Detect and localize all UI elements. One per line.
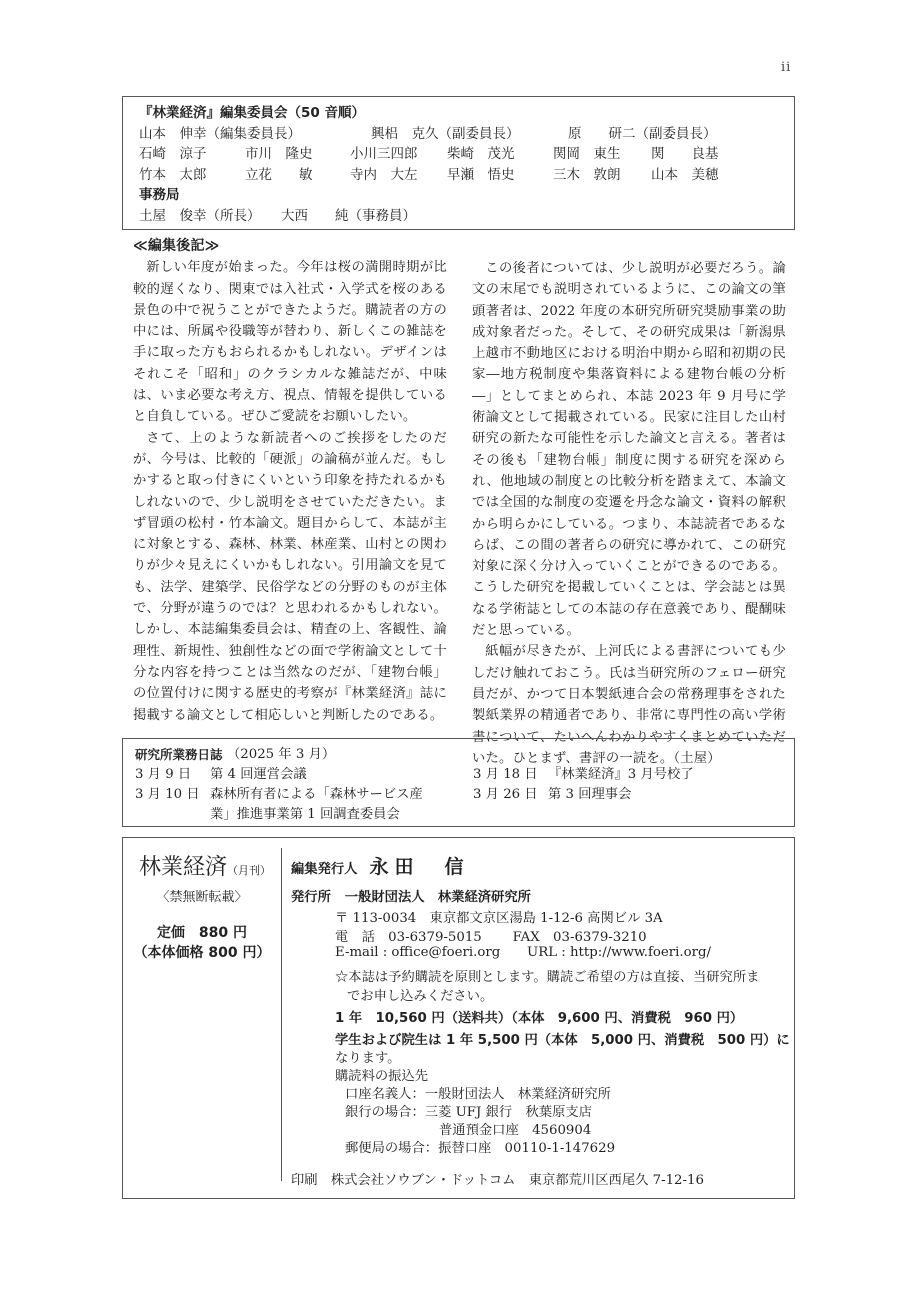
postscript-heading: ≪編集後記≫: [133, 236, 447, 257]
log-date: 3 月 9 日: [135, 765, 191, 785]
journal-log-row: 3 月 10 日 森林所有者による「森林サービス産 3 月 26 日 第 3 回…: [135, 785, 794, 805]
postscript-paragraph: さて、上のような新読者へのご挨拶をしたのだが、今号は、比較的「硬派」の論稿が並ん…: [133, 428, 447, 726]
committee-member: 山本 伸幸（編集委員長）: [139, 124, 301, 145]
printer: 印刷 株式会社ソウブン・ドットコム 東京都荒川区西尾久 7-12-16: [291, 1169, 704, 1188]
magazine-title: 林業経済: [139, 855, 227, 880]
postscript-paragraph: 新しい年度が始まった。今年は桜の満開時期が比較的遅くなり、関東では入社式・入学式…: [133, 257, 447, 427]
office-member: 大西 純（事務員）: [281, 206, 416, 227]
magazine-frequency: （月刊）: [227, 864, 271, 877]
phone-fax: 電 話 03-6379-5015 FAX 03-6379-3210: [335, 926, 647, 945]
log-date: 3 月 10 日: [135, 785, 200, 805]
transfer-title: 購読料の振込先: [335, 1065, 428, 1084]
post-office: 郵便局の場合：振替口座 00110-1-147629: [345, 1137, 615, 1156]
annual-price: 1 年 10,560 円（送料共）（本体 9,600 円、消費税 960 円）: [335, 1007, 743, 1026]
editor-label: 編集発行人: [291, 862, 357, 877]
postscript-right-column: この後者については、少し説明が必要だろう。論文の末尾でも説明されているように、こ…: [472, 258, 786, 769]
account-holder: 口座名義人：一般財団法人 林業経済研究所: [345, 1083, 611, 1102]
bank-account: 普通預金口座 4560904: [439, 1119, 591, 1138]
subscription-note-cont: でお申し込みください。: [347, 985, 493, 1004]
colophon-divider: [281, 848, 282, 1181]
committee-member: 関岡 東生: [553, 144, 621, 165]
publisher-line: 発行所 一般財団法人 林業経済研究所: [291, 886, 531, 905]
page-number: ii: [781, 60, 791, 75]
committee-member: 石崎 涼子: [139, 144, 207, 165]
committee-member: 興梠 克久（副委員長）: [371, 124, 520, 145]
committee-member: 市川 隆史: [245, 144, 313, 165]
committee-member: 関 良基: [651, 144, 719, 165]
committee-title-row: 『林業経済』編集委員会（50 音順）: [139, 103, 794, 124]
committee-member: 小川三四郎: [350, 144, 418, 165]
student-price: 学生および院生は 1 年 5,500 円（本体 5,000 円、消費税 500 …: [335, 1029, 790, 1048]
magazine-title-block: 林業経済（月刊）: [139, 850, 271, 881]
journal-log-header: 研究所業務日誌 （2025 年 3 月）: [135, 745, 794, 765]
committee-member: 柴崎 茂光: [447, 144, 515, 165]
log-text: 第 3 回理事会: [548, 785, 631, 805]
student-price-cont: なります。: [335, 1047, 400, 1066]
journal-log-row: 3 月 9 日 第 4 回運営会議 3 月 18 日 『林業経済』3 月号校了: [135, 765, 794, 785]
colophon-box: 林業経済（月刊） 〈禁無断転載〉 定価 880 円 （本体価格 800 円） 編…: [122, 837, 795, 1199]
committee-title: 『林業経済』編集委員会（50 音順）: [139, 103, 365, 124]
committee-member: 原 研二（副委員長）: [568, 124, 717, 145]
publisher-name: 一般財団法人 林業経済研究所: [345, 890, 531, 905]
office-title-row: 事務局: [139, 185, 794, 206]
committee-row: 石崎 涼子 市川 隆史 小川三四郎 柴崎 茂光 関岡 東生 関 良基: [139, 144, 794, 165]
committee-row: 竹本 太郎 立花 敏 寺内 大左 早瀬 悟史 三木 敦朗 山本 美穂: [139, 165, 794, 186]
committee-member: 寺内 大左: [350, 165, 418, 186]
no-reprint-notice: 〈禁無断転載〉: [123, 886, 281, 905]
committee-row: 山本 伸幸（編集委員長） 興梠 克久（副委員長） 原 研二（副委員長）: [139, 124, 794, 145]
journal-log-row: 業」推進事業第 1 回調査委員会: [135, 805, 794, 825]
log-text: 業」推進事業第 1 回調査委員会: [210, 805, 400, 825]
committee-member: 三木 敦朗: [553, 165, 621, 186]
office-row: 土屋 俊幸（所長） 大西 純（事務員）: [139, 206, 794, 227]
log-date: 3 月 26 日: [473, 785, 538, 805]
price: 定価 880 円: [123, 922, 281, 942]
office-member: 土屋 俊幸（所長）: [139, 206, 261, 227]
log-text: 第 4 回運営会議: [210, 765, 307, 785]
postscript-paragraph: この後者については、少し説明が必要だろう。論文の末尾でも説明されているように、こ…: [472, 258, 786, 641]
postscript-left-column: ≪編集後記≫ 新しい年度が始まった。今年は桜の満開時期が比較的遅くなり、関東では…: [133, 236, 447, 726]
journal-log-box: 研究所業務日誌 （2025 年 3 月） 3 月 9 日 第 4 回運営会議 3…: [122, 738, 795, 827]
editor-name: 永田 信: [369, 856, 469, 878]
email: E-mail : office@foeri.org: [335, 945, 500, 960]
editor-line: 編集発行人永田 信: [291, 852, 470, 879]
office-title: 事務局: [139, 185, 180, 206]
journal-log-title: 研究所業務日誌: [135, 745, 223, 765]
committee-member: 立花 敏: [245, 165, 313, 186]
log-text: 森林所有者による「森林サービス産: [210, 785, 423, 805]
journal-log-period: （2025 年 3 月）: [227, 745, 335, 765]
bank: 銀行の場合：三菱 UFJ 銀行 秋葉原支店: [345, 1101, 592, 1120]
committee-member: 早瀬 悟史: [447, 165, 515, 186]
price-base: （本体価格 800 円）: [123, 942, 281, 962]
subscription-note: ☆本誌は予約購読を原則とします。購読ご希望の方は直接、当研究所ま: [335, 966, 759, 985]
committee-member: 竹本 太郎: [139, 165, 207, 186]
log-date: 3 月 18 日: [473, 765, 538, 785]
log-text: 『林業経済』3 月号校了: [548, 765, 694, 785]
editorial-committee-box: 『林業経済』編集委員会（50 音順） 山本 伸幸（編集委員長） 興梠 克久（副委…: [122, 96, 795, 230]
publisher-label: 発行所: [291, 890, 331, 905]
address: 〒 113-0034 東京都文京区湯島 1-12-6 高関ビル 3A: [335, 907, 663, 926]
committee-member: 山本 美穂: [651, 165, 719, 186]
url: URL : http://www.foeri.org/: [527, 945, 711, 960]
